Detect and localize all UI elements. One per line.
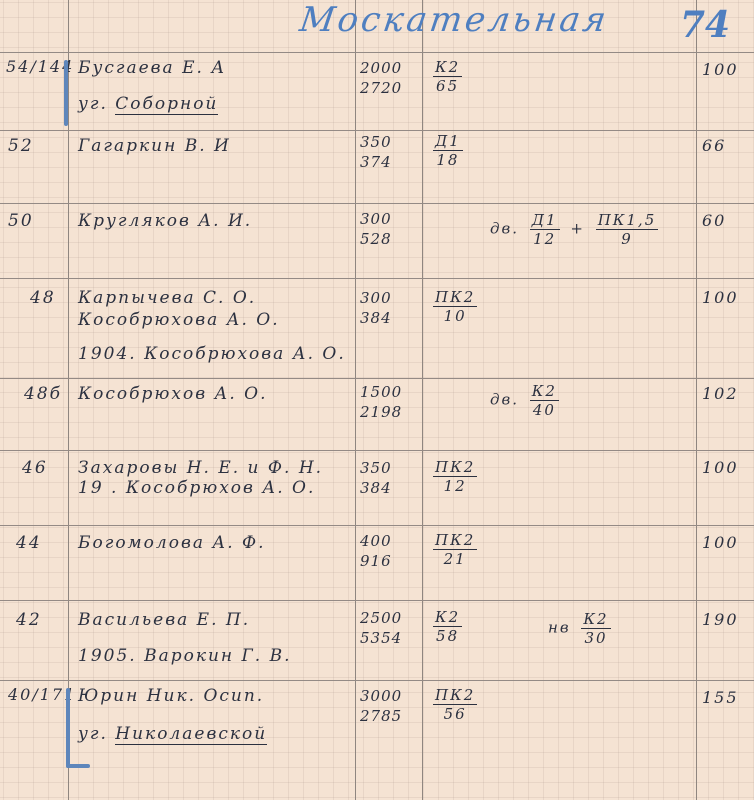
area-1: 1500 [360, 382, 402, 402]
material-count: 10 [433, 307, 477, 325]
material-type: ПК2 [433, 531, 477, 550]
area-2: 2198 [360, 402, 402, 422]
area-values: 400 916 [360, 531, 392, 571]
material-type: ПК2 [433, 686, 477, 705]
outbuilding-material: К2 [530, 382, 559, 401]
area-2: 384 [360, 478, 392, 498]
material-count: 21 [433, 550, 477, 568]
material-count: 12 [433, 477, 477, 495]
material-fraction: ПК2 12 [433, 458, 477, 495]
material-count: 56 [433, 705, 477, 723]
ledger-row: 48б Кособрюхов А. О. 1500 2198 дв. К2 40… [0, 378, 754, 450]
area-2: 5354 [360, 628, 402, 648]
area-1: 300 [360, 209, 392, 229]
area-values: 300 528 [360, 209, 392, 249]
corner-street: Николаевской [115, 724, 267, 745]
area-1: 350 [360, 458, 392, 478]
outbuilding-label: нв [548, 619, 571, 637]
area-1: 2000 [360, 58, 402, 78]
house-number: 42 [16, 610, 42, 630]
ledger-row: 50 Кругляков А. И. 300 528 дв. Д1 12 + П… [0, 203, 754, 278]
house-number: 50 [8, 211, 34, 231]
material-type: К2 [433, 58, 462, 77]
owner-name: Богомолова А. Ф. [78, 533, 266, 553]
outbuilding-fraction: ПК1,5 9 [596, 211, 659, 248]
outbuilding-note: дв. Д1 12 + ПК1,5 9 [490, 211, 662, 248]
material-fraction: К2 65 [433, 58, 462, 95]
owner-name: Кособрюхов А. О. [78, 384, 268, 404]
outbuilding-label: дв. [490, 391, 519, 409]
material-type: Д1 [433, 132, 463, 151]
outbuilding-count: 40 [530, 401, 559, 419]
material-fraction: ПК2 56 [433, 686, 477, 723]
ledger-row: 44 Богомолова А. Ф. 400 916 ПК2 21 100 [0, 525, 754, 600]
area-1: 3000 [360, 686, 402, 706]
area-values: 2000 2720 [360, 58, 402, 98]
record-note: 1905. Варокин Г. В. [78, 646, 291, 666]
material-type: ПК2 [433, 288, 477, 307]
owner-name-2: Кособрюхова А. О. [78, 310, 280, 330]
outbuilding-note: дв. К2 40 [490, 382, 563, 419]
outbuilding-count: 12 [530, 230, 560, 248]
wear-value: 100 [702, 288, 739, 307]
material-fraction: ПК2 21 [433, 531, 477, 568]
house-number: 48 [30, 288, 56, 308]
page-number: 74 [680, 4, 730, 46]
ledger-page: Москательная 74 54/144 Бусгаева Е. А уг.… [0, 0, 754, 800]
owner-name: Кругляков А. И. [78, 211, 252, 231]
wear-value: 100 [702, 533, 739, 552]
owner-name: Захаровы Н. Е. и Ф. Н. [78, 458, 323, 478]
wear-value: 100 [702, 458, 739, 477]
material-count: 58 [433, 627, 462, 645]
corner-street: Соборной [115, 94, 218, 115]
outbuilding-fraction: К2 30 [581, 610, 610, 647]
area-1: 2500 [360, 608, 402, 628]
corner-bracket [66, 688, 70, 768]
outbuilding-material: К2 [581, 610, 610, 629]
material-type: ПК2 [433, 458, 477, 477]
plus-sign: + [570, 220, 585, 238]
outbuilding-fraction: К2 40 [530, 382, 559, 419]
area-2: 2785 [360, 706, 402, 726]
corner-bracket [64, 60, 68, 126]
outbuilding-fraction: Д1 12 [530, 211, 560, 248]
area-values: 350 374 [360, 132, 392, 172]
area-values: 350 384 [360, 458, 392, 498]
material-fraction: К2 58 [433, 608, 462, 645]
wear-value: 60 [702, 211, 726, 230]
area-1: 400 [360, 531, 392, 551]
ledger-row: 40/171 Юрин Ник. Осип. уг. Николаевской … [0, 680, 754, 800]
owner-name: Гагаркин В. И [78, 136, 231, 156]
owner-name-2: 19 . Кособрюхов А. О. [78, 478, 315, 498]
wear-value: 190 [702, 610, 739, 629]
material-type: К2 [433, 608, 462, 627]
outbuilding-material: ПК1,5 [596, 211, 659, 230]
ledger-row: 42 Васильева Е. П. 1905. Варокин Г. В. 2… [0, 600, 754, 680]
area-2: 528 [360, 229, 392, 249]
owner-name: Васильева Е. П. [78, 610, 250, 630]
house-number: 52 [8, 136, 34, 156]
outbuilding-label: дв. [490, 220, 519, 238]
outbuilding-count: 9 [596, 230, 659, 248]
owner-name: Юрин Ник. Осип. [78, 686, 264, 706]
owner-name: Бусгаева Е. А [78, 58, 226, 78]
house-number: 46 [22, 458, 48, 478]
record-note: уг. Соборной [78, 94, 218, 114]
corner-bracket-foot [66, 764, 90, 768]
ledger-row: 54/144 Бусгаева Е. А уг. Соборной 2000 2… [0, 52, 754, 130]
ledger-row: 52 Гагаркин В. И 350 374 Д1 18 66 [0, 130, 754, 203]
area-2: 916 [360, 551, 392, 571]
wear-value: 100 [702, 60, 739, 79]
owner-name: Карпычева С. О. [78, 288, 256, 308]
material-count: 18 [433, 151, 463, 169]
ledger-row: 48 Карпычева С. О. Кособрюхова А. О. 190… [0, 278, 754, 378]
wear-value: 66 [702, 136, 726, 155]
outbuilding-note: нв К2 30 [548, 610, 615, 647]
area-1: 350 [360, 132, 392, 152]
house-number: 44 [16, 533, 42, 553]
corner-prefix: уг. [78, 724, 115, 744]
record-note: 1904. Кособрюхова А. О. [78, 344, 346, 364]
street-title: Москательная [297, 0, 611, 40]
area-values: 3000 2785 [360, 686, 402, 726]
material-fraction: Д1 18 [433, 132, 463, 169]
record-note: уг. Николаевской [78, 724, 267, 744]
material-count: 65 [433, 77, 462, 95]
area-2: 2720 [360, 78, 402, 98]
area-1: 300 [360, 288, 392, 308]
area-2: 384 [360, 308, 392, 328]
wear-value: 102 [702, 384, 739, 403]
area-values: 300 384 [360, 288, 392, 328]
area-2: 374 [360, 152, 392, 172]
outbuilding-material: Д1 [530, 211, 560, 230]
corner-prefix: уг. [78, 94, 115, 114]
area-values: 1500 2198 [360, 382, 402, 422]
wear-value: 155 [702, 688, 739, 707]
area-values: 2500 5354 [360, 608, 402, 648]
ledger-row: 46 Захаровы Н. Е. и Ф. Н. 19 . Кособрюхо… [0, 450, 754, 525]
house-number: 48б [24, 384, 62, 404]
outbuilding-count: 30 [581, 629, 610, 647]
material-fraction: ПК2 10 [433, 288, 477, 325]
